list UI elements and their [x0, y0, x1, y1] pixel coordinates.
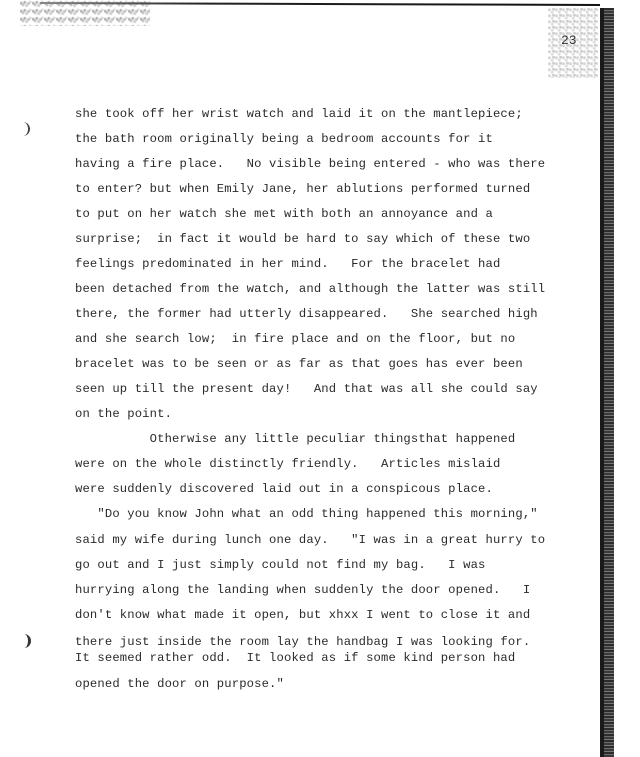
- document-page: 23 she took off her wrist watch and laid…: [0, 0, 640, 757]
- text-line: to put on her watch she met with both an…: [75, 206, 493, 222]
- text-line: and she search low; in fire place and on…: [75, 331, 515, 347]
- text-line: It seemed rather odd. It looked as if so…: [75, 650, 515, 666]
- binding-hole-mark: [20, 122, 30, 136]
- typewritten-body: she took off her wrist watch and laid it…: [75, 100, 595, 464]
- text-line: she took off her wrist watch and laid it…: [75, 106, 523, 122]
- page-number: 23: [561, 33, 577, 48]
- binding-hole-mark: [20, 634, 31, 648]
- text-line: feelings predominated in her mind. For t…: [75, 256, 500, 272]
- text-line: were on the whole distinctly friendly. A…: [75, 456, 500, 472]
- text-line: the bath room originally being a bedroom…: [75, 131, 493, 147]
- text-line: said my wife during lunch one day. "I wa…: [75, 532, 545, 548]
- text-line: were suddenly discovered laid out in a c…: [75, 481, 493, 497]
- text-line: don't know what made it open, but xhxx I…: [75, 607, 530, 623]
- scan-border-right: [600, 8, 614, 757]
- text-line: been detached from the watch, and althou…: [75, 281, 545, 297]
- text-line: to enter? but when Emily Jane, her ablut…: [75, 181, 530, 197]
- text-line: on the point.: [75, 406, 172, 422]
- text-line: Otherwise any little peculiar thingsthat…: [75, 431, 515, 447]
- text-line: "Do you know John what an odd thing happ…: [75, 506, 538, 522]
- text-line: there, the former had utterly disappeare…: [75, 306, 538, 322]
- text-line: seen up till the present day! And that w…: [75, 381, 538, 397]
- text-line: there just inside the room lay the handb…: [75, 634, 530, 650]
- text-line: having a fire place. No visible being en…: [75, 156, 545, 172]
- text-line: bracelet was to be seen or as far as tha…: [75, 356, 523, 372]
- text-line: hurrying along the landing when suddenly…: [75, 582, 530, 598]
- text-line: opened the door on purpose.": [75, 676, 284, 692]
- text-line: go out and I just simply could not find …: [75, 557, 486, 573]
- text-line: surprise; in fact it would be hard to sa…: [75, 231, 530, 247]
